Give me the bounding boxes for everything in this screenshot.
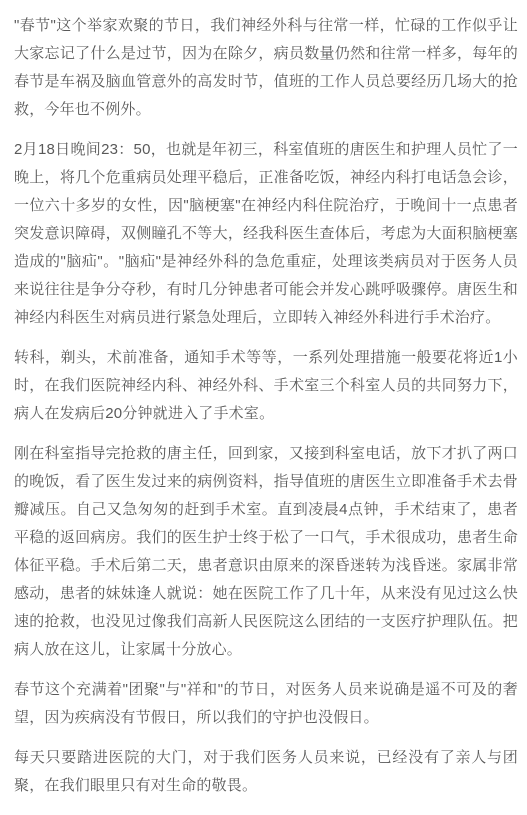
- article-body: "春节"这个举家欢聚的节日，我们神经外科与往常一样，忙碌的工作似乎让大家忘记了什…: [0, 0, 527, 815]
- paragraph: 春节这个充满着"团聚"与"祥和"的节日，对医务人员来说确是遥不可及的奢望，因为疾…: [14, 676, 518, 732]
- paragraph: 每天只要踏进医院的大门，对于我们医务人员来说，已经没有了亲人与团聚，在我们眼里只…: [14, 744, 518, 800]
- paragraph: 2月18日晚间23：50，也就是年初三，科室值班的唐医生和护理人员忙了一晚上，将…: [14, 136, 518, 332]
- paragraph: "春节"这个举家欢聚的节日，我们神经外科与往常一样，忙碌的工作似乎让大家忘记了什…: [14, 12, 518, 124]
- paragraph: 刚在科室指导完抢救的唐主任，回到家，又接到科室电话，放下才扒了两口的晚饭，看了医…: [14, 440, 518, 664]
- paragraph: 转科，剃头，术前准备，通知手术等等，一系列处理措施一般要花将近1小时，在我们医院…: [14, 344, 518, 428]
